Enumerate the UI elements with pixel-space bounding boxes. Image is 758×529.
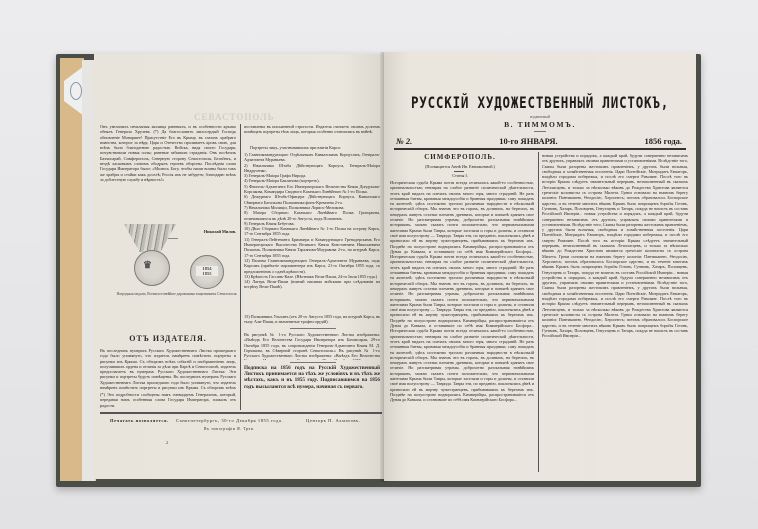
list-item: 14) Лагерь Вели-Паши (взятый нашими войс… — [244, 279, 380, 290]
footer-rule — [100, 412, 382, 414]
left-col1-intro: Онъ увеличилъ печальныя жилища раненыхъ,… — [100, 124, 236, 228]
left-page: СЕВАСТОПОЛЬ Онъ увеличилъ печальныя жили… — [94, 54, 384, 479]
column-divider — [240, 124, 241, 410]
note-text: Въ рисункѣ № 1-го Русскаго Художественна… — [244, 332, 380, 360]
ornament-rule — [534, 131, 546, 132]
divider — [290, 362, 336, 363]
intro-text: Онъ увеличилъ печальныя жилища раненыхъ,… — [100, 124, 236, 182]
divider — [290, 328, 336, 329]
editor-name: В. ТИММОМЪ. — [384, 120, 696, 129]
medal-dates-icon: 18541855 — [190, 255, 224, 289]
medal-monogram-icon: ♛ — [134, 250, 170, 286]
list-item: 2) Начальника Штаба Дѣйствующаго Корпуса… — [244, 163, 380, 174]
left-col2-intro: поставлены въ письменной строгости. Изда… — [244, 124, 380, 144]
stamp-emblem-icon — [70, 82, 82, 100]
medals-illustration: ♛ 18541855 Наградныя медали, Всемилостив… — [112, 224, 242, 320]
article-col1: Историческая судьба Крыма почти всегда о… — [390, 180, 534, 472]
article-col2: новыя устройства и порядокъ, а каждый кр… — [542, 153, 688, 473]
list-item: 10) Дѣло Сборнаго Казачьяго Линѣйнаго № … — [244, 226, 380, 237]
medals-caption: Наградныя медали, Всемилостивѣйше дарова… — [112, 292, 242, 296]
article-dedication: (Посвящается Аннѣ Ив. Евтимьевной.) — [390, 164, 530, 169]
list-item: 8) Маіора Сборнаго Казачьяго Линѣйнаго П… — [244, 210, 380, 221]
printer: Въ типографіи Я. Трея. — [204, 427, 255, 431]
list-heading: Портреты лицъ, участвовавшихъ при взятіи… — [250, 145, 380, 150]
list-item: 6) Дежурнаго Штабъ-Офицера Дѣйствующаго … — [244, 194, 380, 205]
list-item-last: 15) Полковникъ Ульханъ (отъ 20-го Август… — [244, 314, 380, 326]
list-item: 1) Главнокомандующаго Отдѣльнымъ Кавказс… — [244, 152, 380, 163]
issue-info-row: № 2. 10-го ЯНВАРЯ. 1856 года. — [396, 136, 682, 146]
censor: Цензоръ П. Ахматовъ. — [306, 418, 361, 423]
publisher-text: Въ последнихъ нумерахъ Русскаго Художест… — [100, 348, 236, 390]
subscription-text: Подписка на 1856 годъ на Русскій Художес… — [244, 365, 380, 409]
list-item: 11) Генералъ-Лейтенанта Бриммера и Коман… — [244, 237, 380, 258]
endpaper — [60, 58, 84, 481]
printing-date: Санктпетербургъ, 30-го Декабря 1855 года… — [176, 418, 283, 423]
article-title: СИМФЕРОПОЛЬ. — [390, 153, 530, 161]
page-number: 2 — [166, 440, 168, 445]
list-item: 12) Палатка Главнокомандующаго Генералъ-… — [244, 258, 380, 274]
right-page: РУССКІЙ ХУДОЖЕСТВЕННЫЙ ЛИСТОКЪ, издаваем… — [384, 52, 696, 481]
issue-year: 1856 года. — [645, 136, 682, 146]
printing-permission: Печатать позволяется. — [110, 418, 169, 423]
column-divider — [538, 152, 539, 472]
divider — [454, 171, 464, 172]
bleed-through-heading: СЕВАСТОПОЛЬ — [194, 112, 275, 122]
newspaper-title: РУССКІЙ ХУДОЖЕСТВЕННЫЙ ЛИСТОКЪ, — [384, 93, 696, 112]
medal-ribbon — [124, 224, 176, 252]
issue-number: № 2. — [396, 136, 412, 146]
publisher-label: издаваемый — [384, 114, 696, 119]
issue-date: 10-го ЯНВАРЯ. — [499, 136, 557, 146]
publisher-heading: ОТЪ ИЗДАТЕЛЯ. — [100, 334, 236, 343]
list-item: 5) Флигель-Адъютанта Его Императорскаго … — [244, 184, 380, 195]
masthead-rule — [394, 148, 686, 150]
footnote: (*) Эти подробности сообщены намъ очевид… — [100, 392, 236, 408]
portraits-list: 1) Главнокомандующаго Отдѣльнымъ Кавказс… — [244, 152, 380, 312]
article-section: Статья I. — [390, 173, 530, 178]
